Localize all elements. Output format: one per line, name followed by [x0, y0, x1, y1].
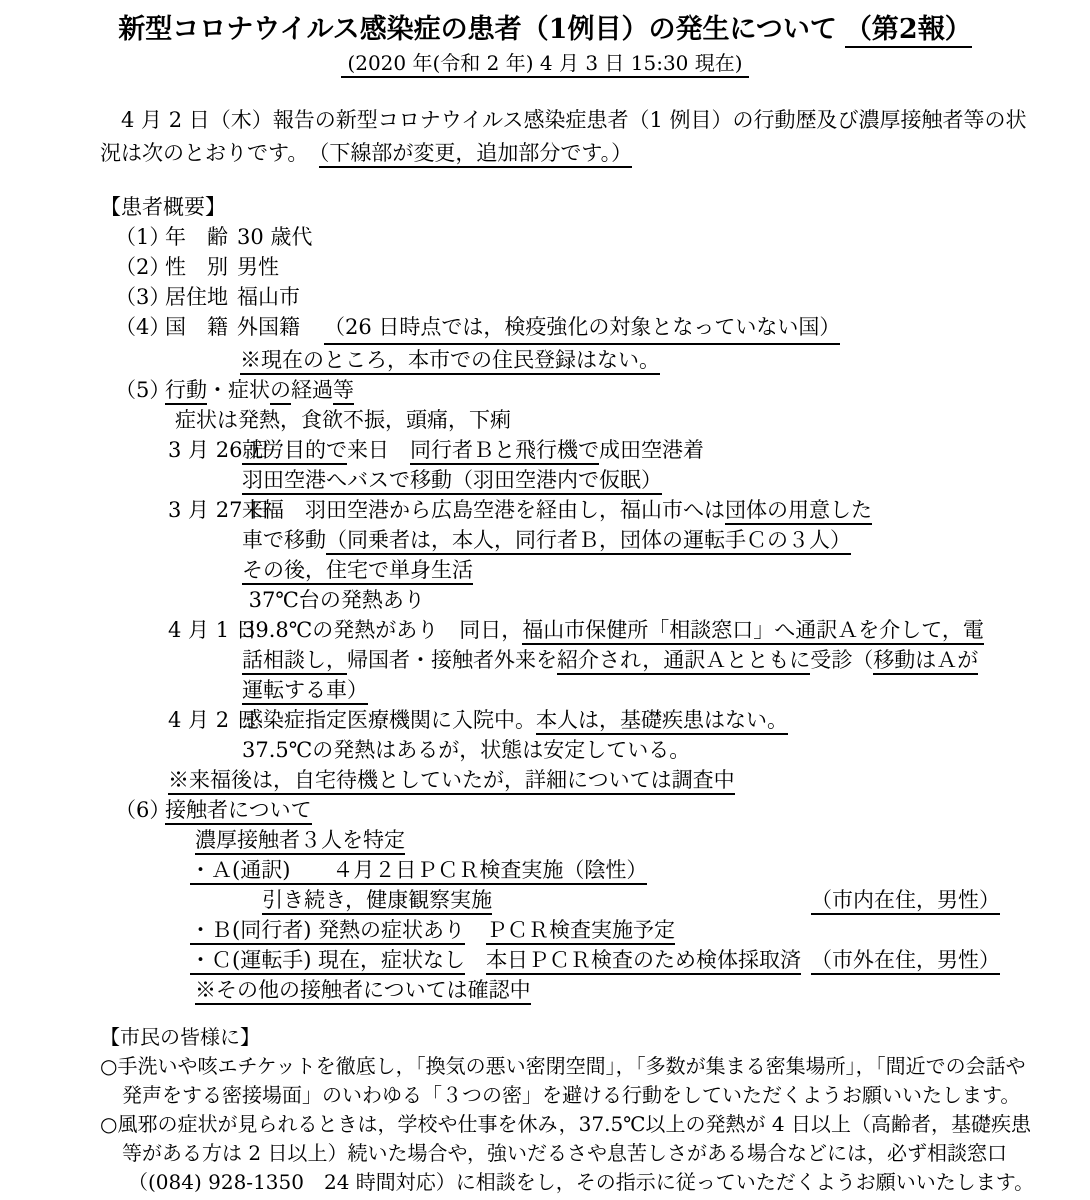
summary-row-nationality: （4）国 籍外国籍（26 日時点では，検疫強化の対象となっていない国）	[100, 312, 1000, 345]
timeline-date: 4 月 2 日	[168, 705, 242, 765]
row-number: （6）	[115, 795, 165, 825]
row-value: 外国籍	[237, 312, 300, 345]
section5-heading: 行動・症状の経過等	[165, 375, 354, 405]
nationality-note: （26 日時点では，検疫強化の対象となっていない国）	[324, 312, 840, 345]
document-body: 4 月 2 日（木）報告の新型コロナウイルス感染症患者（1 例目）の行動歴及び濃…	[100, 104, 1000, 1197]
section5-heading-row: （5）行動・症状の経過等	[100, 375, 1000, 405]
row-number: （3）	[115, 282, 165, 312]
investigation-note: ※来福後は，自宅待機としていたが，詳細については調査中	[100, 765, 1000, 795]
contact-a-line: ・Ａ(通訳) ４月２日ＰＣＲ検査実施（陰性）	[100, 855, 1000, 885]
timeline-date: 3 月 27 日	[168, 495, 242, 615]
intro-line: 況は次のとおりです。 （下線部が変更，追加部分です。）	[100, 137, 1000, 170]
row-value: 男性	[237, 252, 279, 282]
residency-note: ※現在のところ，本市での住民登録はない。	[240, 348, 660, 375]
intro-paragraph: 4 月 2 日（木）報告の新型コロナウイルス感染症患者（1 例目）の行動歴及び濃…	[100, 104, 1000, 170]
timeline-text: 来福 羽田空港から広島空港を経由し，福山市へは団体の用意した 車で移動（同乗者は…	[242, 495, 1000, 615]
row-label: 性 別	[165, 252, 237, 282]
timeline-date: 4 月 1 日	[168, 615, 242, 705]
other-contacts-note: ※その他の接触者については確認中	[100, 975, 1000, 1005]
title-text: 新型コロナウイルス感染症の患者（1例目）の発生について	[118, 14, 837, 45]
contact-a-followup-row: 引き続き，健康観察実施 （市内在住，男性）	[100, 885, 1000, 915]
timeline-line: 車で移動（同乗者は，本人，同行者Ｂ，団体の運転手Ｃの３人）	[242, 525, 1000, 555]
summary-row-residence: （3）居住地福山市	[100, 282, 1000, 312]
timeline-entry-apr1: 4 月 1 日 39.8℃の発熱があり 同日，福山市保健所「相談窓口」へ通訳Ａを…	[100, 615, 1000, 705]
summary-row-age: （1）年 齢30 歳代	[100, 222, 1000, 252]
timeline-text: 39.8℃の発熱があり 同日，福山市保健所「相談窓口」へ通訳Ａを介して，電 話相…	[242, 615, 1000, 705]
row-number: （2）	[115, 252, 165, 282]
contact-c-row: ・Ｃ(運転手) 現在，症状なし 本日ＰＣＲ検査のため検体採取済 （市外在住，男性…	[100, 945, 1000, 975]
row-number: （4）	[115, 312, 165, 345]
close-contacts-line: 濃厚接触者３人を特定	[100, 825, 1000, 855]
symptoms-line: 症状は発熱，食欲不振，頭痛，下痢	[100, 405, 1000, 435]
page-title: 新型コロナウイルス感染症の患者（1例目）の発生について（第2報）	[0, 12, 1090, 48]
row-number: （5）	[115, 375, 165, 405]
row-label: 居住地	[165, 282, 237, 312]
row-value: 福山市	[237, 282, 300, 312]
citizens-heading: 【市民の皆様に】	[100, 1023, 1000, 1052]
timeline-entry-apr2: 4 月 2 日 感染症指定医療機関に入院中。本人は，基礎疾患はない。 37.5℃…	[100, 705, 1000, 765]
timeline-line: 羽田空港へバスで移動（羽田空港内で仮眠）	[242, 465, 1000, 495]
row-value: 30 歳代	[237, 222, 312, 252]
timestamp-text: (2020 年(令和 2 年) 4 月 3 日 15:30 現在)	[341, 51, 748, 78]
contact-c-residence: （市外在住，男性）	[811, 945, 1000, 975]
row-label: 国 籍	[165, 312, 237, 345]
citizens-section: 【市民の皆様に】 ○手洗いや咳エチケットを徹底し，「換気の悪い密閉空間」，「多数…	[100, 1023, 1000, 1197]
row-number: （1）	[115, 222, 165, 252]
timeline-text: 就労目的で来日 同行者Ｂと飛行機で成田空港着 羽田空港へバスで移動（羽田空港内で…	[242, 435, 1000, 495]
document-page: 新型コロナウイルス感染症の患者（1例目）の発生について（第2報） (2020 年…	[0, 0, 1090, 1200]
citizens-p2-line: 等がある方は 2 日以上）続いた場合や，強いだるさや息苦しさがある場合などには，…	[100, 1139, 1000, 1168]
timeline-line: 話相談し，帰国者・接触者外来を紹介され，通訳Ａとともに受診（移動はＡが	[242, 645, 1000, 675]
contact-b-line: ・Ｂ(同行者) 発熱の症状あり ＰＣＲ検査実施予定	[100, 915, 1000, 945]
timeline-line: 37℃台の発熱あり	[242, 585, 1000, 615]
timeline-line: 感染症指定医療機関に入院中。本人は，基礎疾患はない。	[242, 705, 1000, 735]
timeline-line: 就労目的で来日 同行者Ｂと飛行機で成田空港着	[242, 435, 1000, 465]
residency-note-line: ※現在のところ，本市での住民登録はない。	[100, 345, 1000, 375]
citizens-p2-line: ○風邪の症状が見られるときは，学校や仕事を休み，37.5℃以上の発熱が 4 日以…	[100, 1110, 1000, 1139]
citizens-p1-line: 発声をする密接場面」のいわゆる「３つの密」を避ける行動をしていただくようお願いい…	[100, 1081, 1000, 1110]
section6-heading: 接触者について	[165, 795, 312, 825]
section6-heading-row: （6）接触者について	[100, 795, 1000, 825]
citizens-p2-line: （(084) 928-1350 24 時間対応）に相談をし，その指示に従っていた…	[100, 1168, 1000, 1197]
timeline-line: その後，住宅で単身生活	[242, 555, 1000, 585]
timeline-line: 運転する車）	[242, 675, 1000, 705]
timeline-line: 39.8℃の発熱があり 同日，福山市保健所「相談窓口」へ通訳Ａを介して，電	[242, 615, 1000, 645]
timeline-text: 感染症指定医療機関に入院中。本人は，基礎疾患はない。 37.5℃の発熱はあるが，…	[242, 705, 1000, 765]
contact-a-followup: 引き続き，健康観察実施	[262, 885, 492, 915]
timestamp-line: (2020 年(令和 2 年) 4 月 3 日 15:30 現在)	[0, 48, 1090, 78]
timeline-entry-mar26: 3 月 26 日 就労目的で来日 同行者Ｂと飛行機で成田空港着 羽田空港へバスで…	[100, 435, 1000, 495]
contact-a-residence: （市内在住，男性）	[811, 885, 1000, 915]
row-label: 年 齢	[165, 222, 237, 252]
citizens-p1-line: ○手洗いや咳エチケットを徹底し，「換気の悪い密閉空間」，「多数が集まる密集場所」…	[100, 1052, 1000, 1081]
patient-summary-heading: 【患者概要】	[100, 192, 1000, 222]
intro-line: 4 月 2 日（木）報告の新型コロナウイルス感染症患者（1 例目）の行動歴及び濃…	[100, 104, 1000, 137]
contact-c-line: ・Ｃ(運転手) 現在，症状なし 本日ＰＣＲ検査のため検体採取済	[190, 945, 801, 975]
timeline-entry-mar27: 3 月 27 日 来福 羽田空港から広島空港を経由し，福山市へは団体の用意した …	[100, 495, 1000, 615]
title-block: 新型コロナウイルス感染症の患者（1例目）の発生について（第2報） (2020 年…	[0, 0, 1090, 78]
summary-row-sex: （2）性 別男性	[100, 252, 1000, 282]
timeline-date: 3 月 26 日	[168, 435, 242, 495]
timeline-line: 来福 羽田空港から広島空港を経由し，福山市へは団体の用意した	[242, 495, 1000, 525]
report-number-label: （第2報）	[845, 14, 972, 48]
timeline-line: 37.5℃の発熱はあるが，状態は安定している。	[242, 735, 1000, 765]
